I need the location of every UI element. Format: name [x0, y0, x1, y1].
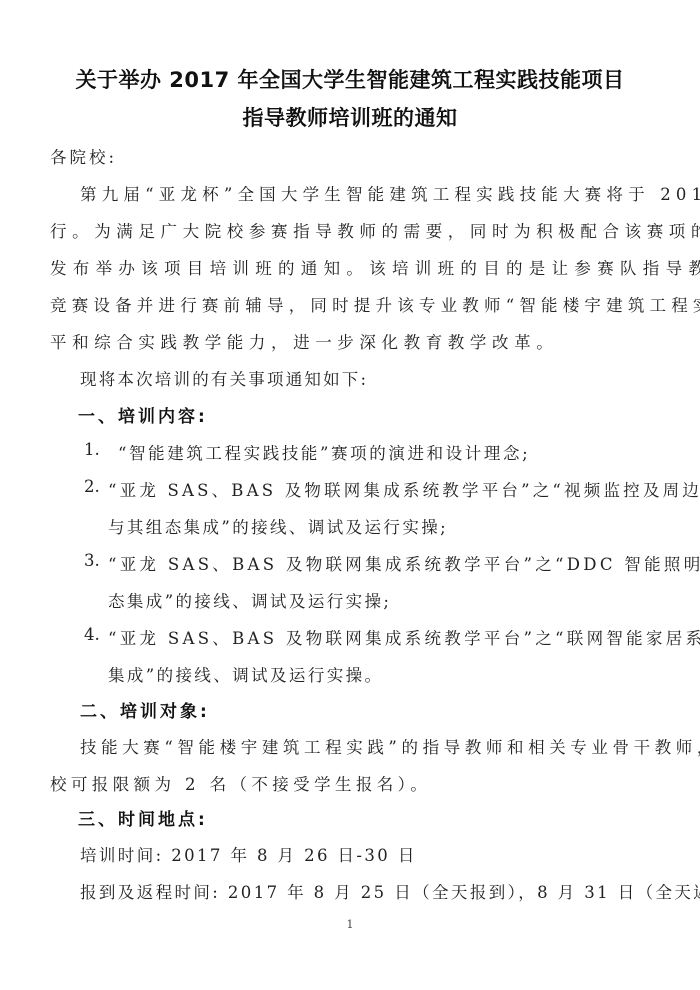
section-heading-audience: 二、培训对象: [80, 697, 210, 722]
page-number: 1 [0, 918, 700, 931]
audience-line-1: 技能大赛“智能楼宇建筑工程实践”的指导教师和相关专业骨干教师，每个院 [80, 734, 652, 758]
list-item-3-line-2: 态集成”的接线、调试及运行实操; [108, 588, 652, 612]
intro-line-1: 第九届“亚龙杯”全国大学生智能建筑工程实践技能大赛将于 2017 年 11 月举 [80, 181, 652, 205]
list-item-3-line-1: “亚龙 SAS、BAS 及物联网集成系统教学平台”之“DDC 智能照明系统与其组 [108, 551, 652, 575]
section-heading-time-place: 三、时间地点: [78, 805, 208, 830]
document-title-line-2: 指导教师培训班的通知 [0, 102, 700, 132]
training-time: 培训时间: 2017 年 8 月 26 日-30 日 [80, 842, 682, 866]
section-heading-content: 一、培训内容: [78, 402, 208, 427]
intro-line-3: 发布举办该项目培训班的通知。该培训班的目的是让参赛队指导教师能更好地使用 [50, 255, 652, 279]
list-item-4-line-1: “亚龙 SAS、BAS 及物联网集成系统教学平台”之“联网智能家居系统其组态 [108, 625, 652, 649]
intro-line-4: 竞赛设备并进行赛前辅导，同时提升该专业教师“智能楼宇建筑工程实践”技能水 [50, 292, 652, 316]
arrival-return-time: 报到及返程时间: 2017 年 8 月 25 日（全天报到），8 月 31 日（… [80, 879, 682, 903]
audience-line-2: 校可报限额为 2 名（不接受学生报名）。 [50, 771, 652, 795]
notice-intro: 现将本次培训的有关事项通知如下: [80, 366, 682, 390]
salutation: 各院校: [50, 144, 652, 168]
list-item-number-1: 1. [84, 440, 114, 459]
list-item-2-line-2: 与其组态集成”的接线、调试及运行实操; [108, 514, 652, 538]
document-title-line-1: 关于举办 2017 年全国大学生智能建筑工程实践技能项目 [0, 64, 700, 94]
intro-line-5: 平和综合实践教学能力，进一步深化教育教学改革。 [50, 329, 652, 353]
intro-line-2: 行。为满足广大院校参赛指导教师的需要，同时为积极配合该赛项的顺利举行，现 [50, 218, 652, 242]
list-item-4-line-2: 集成”的接线、调试及运行实操。 [108, 662, 652, 686]
list-item-1-line-1: “智能建筑工程实践技能”赛项的演进和设计理念; [118, 440, 652, 464]
document-page: 关于举办 2017 年全国大学生智能建筑工程实践技能项目 指导教师培训班的通知 … [0, 0, 700, 990]
list-item-2-line-1: “亚龙 SAS、BAS 及物联网集成系统教学平台”之“视频监控及周边安防系统 [108, 477, 652, 501]
